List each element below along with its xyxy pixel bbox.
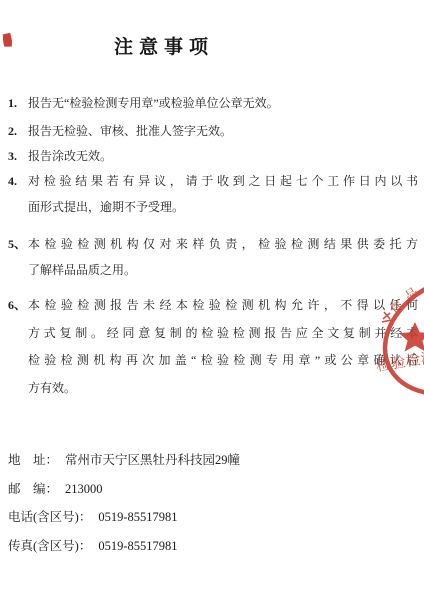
fax-row: 传真(含区号)：0519-85517981 [8, 532, 240, 561]
address-label: 地 址： [8, 453, 58, 467]
postcode-value: 213000 [65, 482, 103, 496]
notice-page: 注意事项 1. 报告无“检验检测专用章”或检验单位公章无效。 2. 报告无检验、… [0, 0, 424, 589]
phone-label: 电话(含区号)： [8, 510, 91, 524]
phone-row: 电话(含区号)：0519-85517981 [8, 503, 240, 532]
item-number: 2. [8, 118, 28, 144]
notice-item-6: 6、 本检验检测报告未经本检验检测机构允许，不得以任何 方式复制。经同意复制的检… [8, 292, 418, 402]
item-text: 报告涂改无效。 [28, 143, 112, 169]
item-number: 5、 [8, 231, 28, 257]
page-title: 注意事项 [114, 32, 214, 59]
fax-value: 0519-85517981 [98, 539, 177, 553]
notice-item-5: 5、 本检验检测机构仅对来样负责，检验检测结果供委托方 了解样品品质之用。 [8, 231, 418, 283]
address-row: 地 址：常州市天宁区黑牡丹科技园29幢 [8, 446, 240, 475]
red-corner-mark [3, 33, 13, 48]
item-text: 报告无检验、审核、批准人签字无效。 [28, 118, 232, 144]
notice-item-1: 1. 报告无“检验检测专用章”或检验单位公章无效。 [8, 90, 279, 116]
item-text: 对检验结果若有异议，请于收到之日起七个工作日内以书 面形式提出，逾期不予受理。 [28, 169, 418, 220]
phone-value: 0519-85517981 [98, 510, 177, 524]
notice-item-3: 3. 报告涂改无效。 [8, 143, 112, 169]
item-text: 报告无“检验检测专用章”或检验单位公章无效。 [28, 90, 279, 116]
notice-item-2: 2. 报告无检验、审核、批准人签字无效。 [8, 118, 232, 144]
postcode-label: 邮 编： [8, 482, 58, 496]
postcode-row: 邮 编：213000 [8, 475, 240, 504]
notice-item-4: 4. 对检验结果若有异议，请于收到之日起七个工作日内以书 面形式提出，逾期不予受… [8, 169, 418, 220]
item-number: 1. [8, 90, 28, 116]
address-value: 常州市天宁区黑牡丹科技园29幢 [65, 453, 240, 467]
item-number: 3. [8, 143, 28, 169]
item-text: 本检验检测报告未经本检验检测机构允许，不得以任何 方式复制。经同意复制的检验检测… [28, 292, 418, 402]
fax-label: 传真(含区号)： [8, 539, 91, 553]
item-number: 6、 [8, 292, 28, 320]
item-text: 本检验检测机构仅对来样负责，检验检测结果供委托方 了解样品品质之用。 [28, 231, 418, 283]
contact-block: 地 址：常州市天宁区黑牡丹科技园29幢 邮 编：213000 电话(含区号)：0… [8, 446, 240, 560]
item-number: 4. [8, 169, 28, 195]
